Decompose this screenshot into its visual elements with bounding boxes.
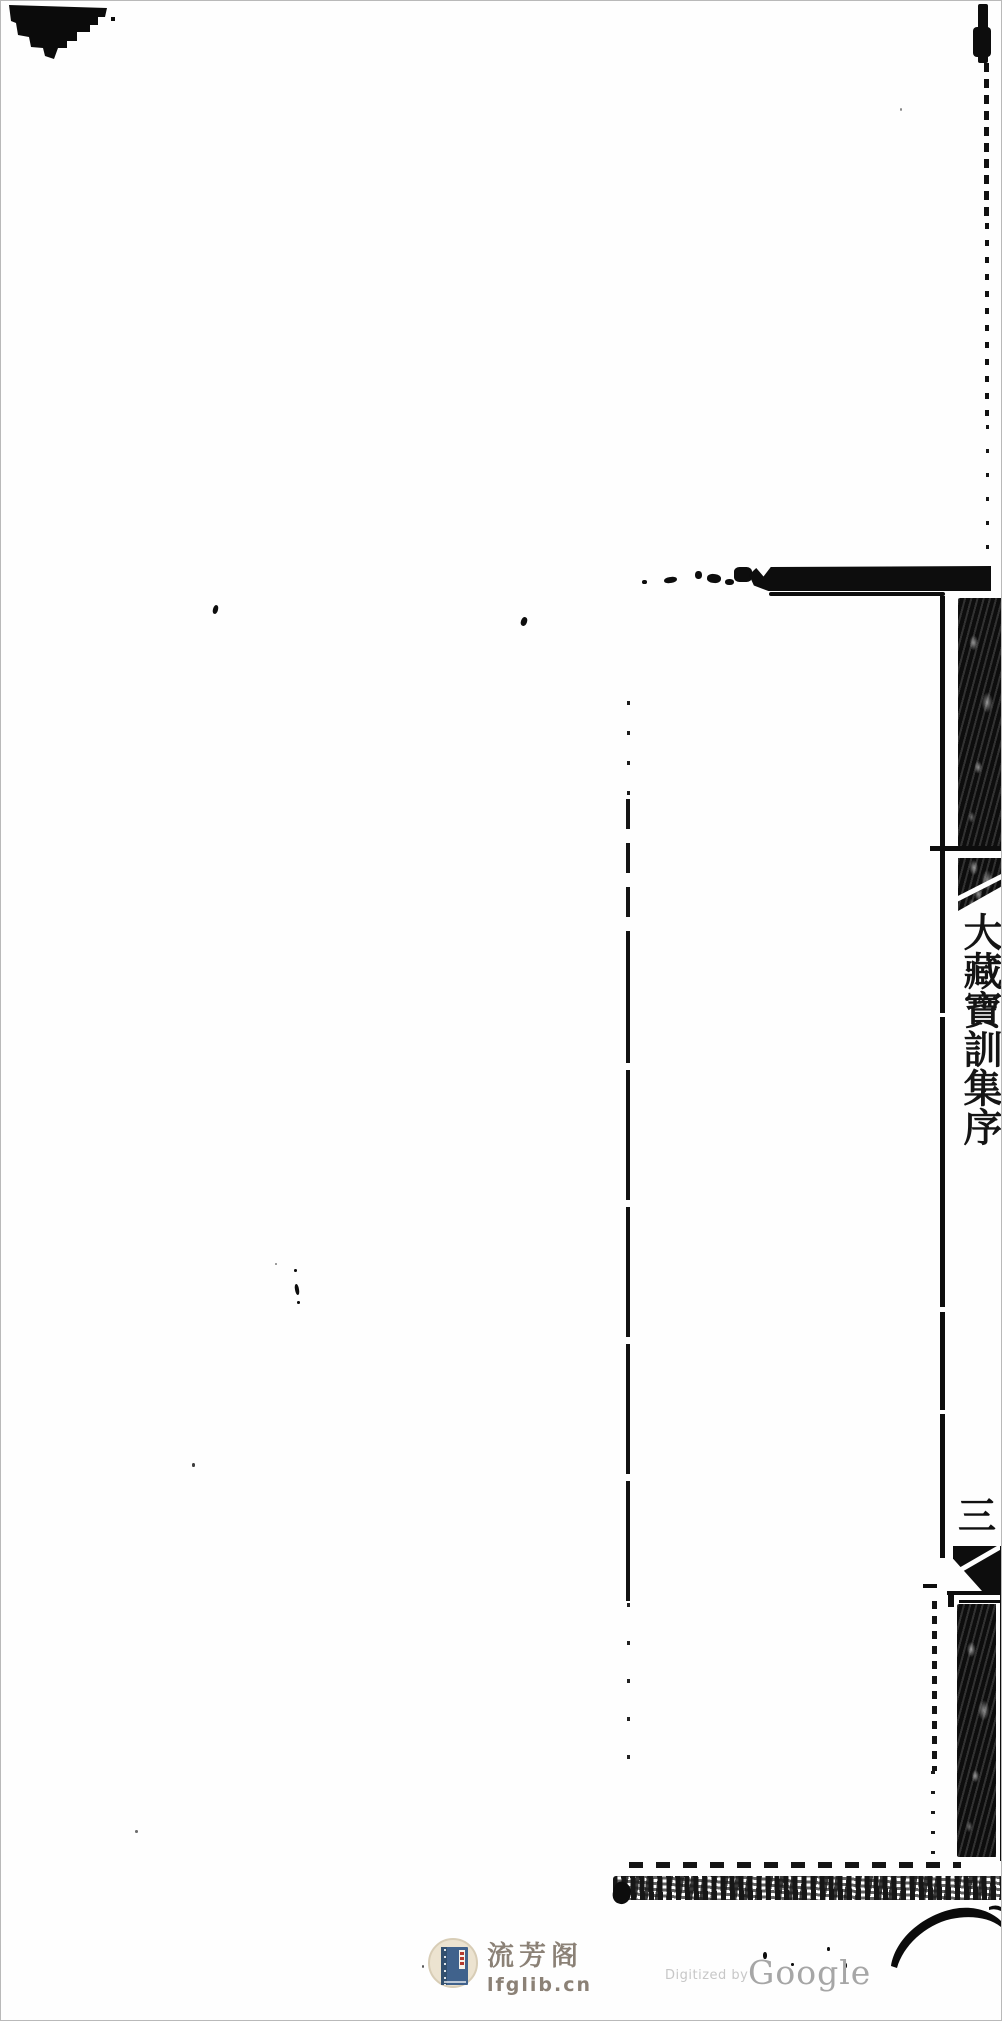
ink-speck: [135, 1830, 138, 1833]
book-foot-line: [444, 1981, 466, 1983]
ink-speck: [642, 580, 647, 584]
frame-top-border: [749, 566, 991, 591]
ink-speck: [422, 1965, 424, 1968]
center-fold-line: [626, 933, 630, 1601]
book-title-label: [459, 1950, 465, 1969]
ink-speck: [695, 571, 702, 579]
book-binding-strip: [441, 1947, 447, 1985]
ink-speck: [212, 605, 219, 615]
lfg-logo-circle: [428, 1938, 478, 1988]
ink-speck: [294, 1269, 297, 1272]
ink-speck: [294, 1284, 300, 1296]
page-edge-dashed-line: [984, 63, 989, 223]
page-edge-dashed-line: [985, 223, 989, 423]
center-fold-dotted-line: [627, 701, 630, 796]
band-edge-gap: [996, 1604, 999, 1857]
spine-ink-band-upper: [958, 598, 1002, 847]
google-logo-text: Google: [748, 1956, 871, 1989]
spine-divider-line: [930, 846, 1002, 851]
spine-ink-band-lower: [957, 1604, 998, 1857]
spine-vertical-rule-dotted: [931, 1771, 935, 1863]
spine-divider-line: [959, 1600, 1002, 1603]
ink-speck: [520, 616, 529, 627]
rule-break: [939, 1307, 946, 1312]
ink-speck: [297, 1301, 300, 1304]
google-watermark: Digitized by Google: [665, 1951, 885, 1996]
spine-divider-stub: [948, 1591, 954, 1607]
page-edge-ink-blob: [973, 27, 991, 57]
spine-title-column: 大藏寶訓集序: [960, 912, 1002, 1148]
spine-title: 大藏寶訓集序: [960, 912, 999, 1146]
ink-speck: [707, 573, 722, 583]
frame-bottom-dotted-line: [629, 1862, 961, 1868]
ink-speck: [664, 576, 678, 584]
page-edge-dotted-line: [986, 425, 989, 570]
scanned-book-page: 大藏寶訓集序 三: [0, 0, 1002, 2021]
rule-break: [939, 1013, 946, 1017]
book-icon: [441, 1947, 468, 1985]
lfg-brand-name: 流芳阁: [487, 1943, 583, 1970]
center-fold-dashed-line: [626, 799, 630, 933]
spine-folio-number: 三: [958, 1497, 996, 1535]
center-fold-dotted-line: [627, 1603, 630, 1778]
rule-break: [939, 1410, 946, 1414]
ink-speck: [725, 579, 734, 585]
spine-tick: [923, 1584, 937, 1588]
ink-speck: [275, 1263, 277, 1265]
frame-top-inner-line: [769, 592, 945, 596]
ink-speck: [192, 1463, 195, 1467]
ink-blotch-top-left: [1, 1, 126, 71]
lfg-brand-domain: lfglib.cn: [487, 1976, 592, 1995]
spine-vertical-rule-dashed: [932, 1601, 937, 1771]
spine-divider-line: [947, 1591, 1002, 1595]
lfg-watermark: 流芳阁 lfglib.cn: [428, 1938, 688, 1994]
google-digitized-by-label: Digitized by: [665, 1968, 748, 1983]
ink-arc-bottom-right: [879, 1896, 1002, 1971]
ink-speck: [900, 108, 902, 111]
